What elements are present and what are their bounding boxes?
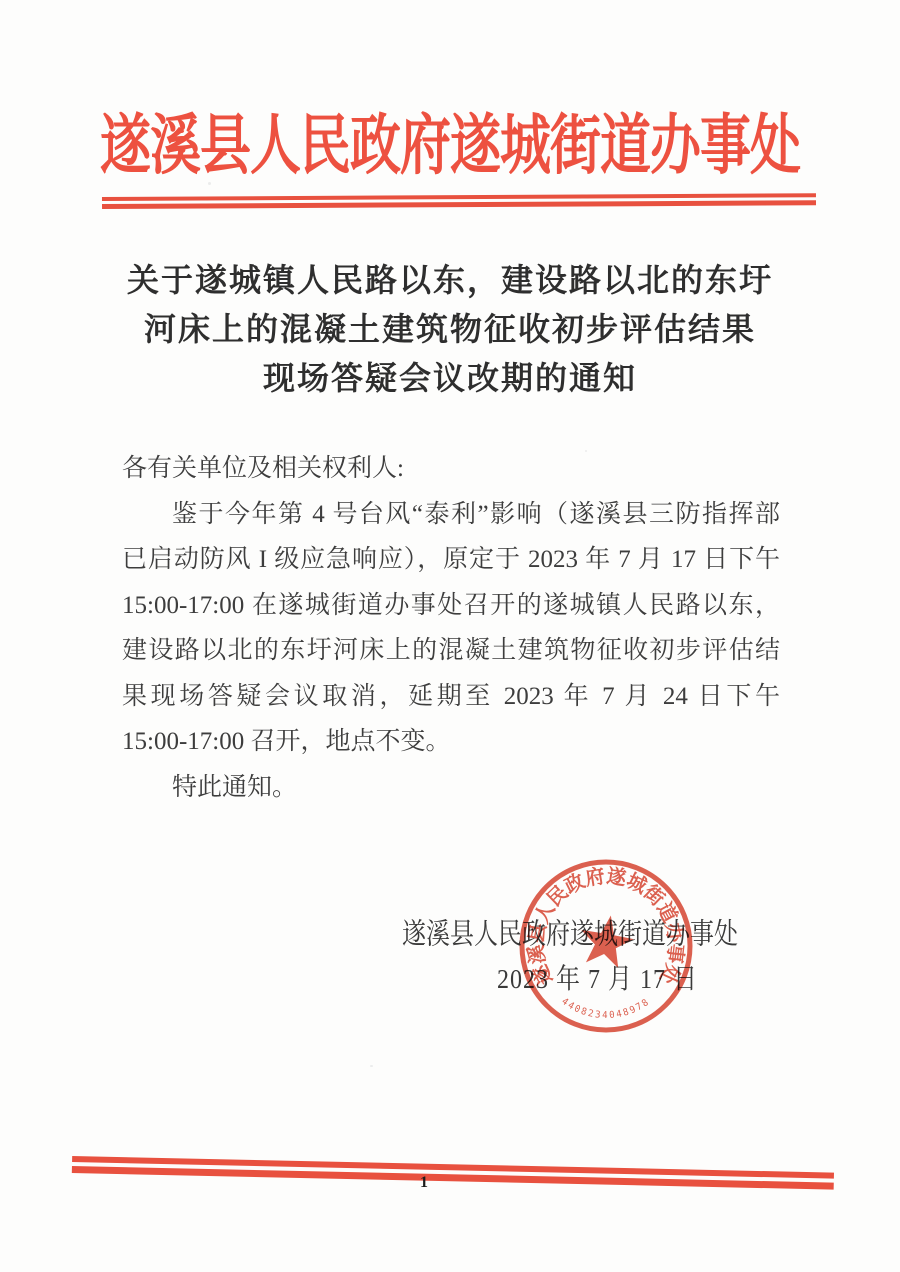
closing-line: 特此通知。 — [122, 765, 780, 811]
scanned-notice-page: 遂溪县人民政府遂城街道办事处 关于遂城镇人民路以东，建设路以北的东圩 河床上的混… — [0, 0, 900, 1272]
document-title: 关于遂城镇人民路以东，建设路以北的东圩 河床上的混凝土建筑物征收初步评估结果 现… — [60, 256, 840, 403]
document-title-line: 河床上的混凝土建筑物征收初步评估结果 — [60, 305, 840, 354]
salutation: 各有关单位及相关权利人: — [122, 446, 780, 492]
body-line: 已启动防风 I 级应急响应），原定于 2023 年 7 月 17 日下午 — [122, 537, 780, 583]
page-number: 1 — [420, 1174, 428, 1192]
official-seal-stamp: 遂溪县人民政府遂城街道办事处 4408234048978 — [505, 845, 707, 1047]
footer-double-rule — [72, 1156, 834, 1190]
body-line: 果现场答疑会议取消，延期至 2023 年 7 月 24 日下午 — [122, 674, 780, 720]
seal-serial-text-path: 4408234048978 — [559, 996, 652, 1021]
document-title-line: 现场答疑会议改期的通知 — [60, 354, 840, 403]
scan-speck — [370, 1065, 373, 1067]
body-text: 各有关单位及相关权利人: 鉴于今年第 4 号台风“泰利”影响（遂溪县三防指挥部 … — [122, 446, 780, 810]
body-line: 15:00-17:00 在遂城街道办事处召开的遂城镇人民路以东， — [122, 583, 780, 629]
scan-speck — [208, 182, 211, 185]
seal-serial-number: 4408234048978 — [559, 996, 652, 1021]
seal-star-icon — [576, 911, 637, 970]
letterhead-title: 遂溪县人民政府遂城街道办事处 — [0, 106, 900, 188]
scan-speck — [585, 450, 587, 452]
body-line: 15:00-17:00 召开，地点不变。 — [122, 719, 780, 765]
document-title-line: 关于遂城镇人民路以东，建设路以北的东圩 — [60, 256, 840, 305]
header-double-rule — [102, 193, 816, 209]
body-line: 鉴于今年第 4 号台风“泰利”影响（遂溪县三防指挥部 — [122, 492, 780, 538]
body-line: 建设路以北的东圩河床上的混凝土建筑物征收初步评估结 — [122, 628, 780, 674]
